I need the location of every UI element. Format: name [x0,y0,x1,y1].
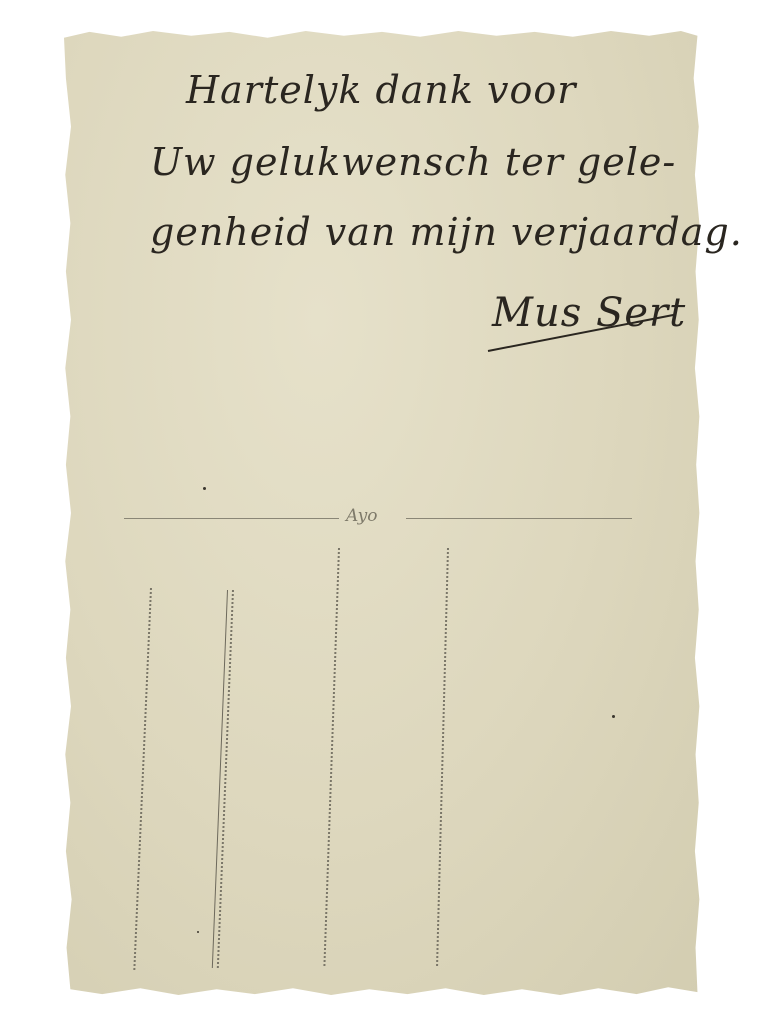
ink-speck [197,931,199,933]
divider-line-left [124,518,339,519]
message-line-2: Uw gelukwensch ter gele- [150,140,676,184]
ink-speck [203,487,206,490]
ink-speck [612,715,615,718]
divider-ornament: Ayo [346,506,377,526]
message-line-3: genheid van mijn verjaardag. [150,210,743,254]
signature: Mus Sert [492,290,686,336]
message-line-1: Hartelyk dank voor [186,68,576,112]
divider-line-right [406,518,632,519]
